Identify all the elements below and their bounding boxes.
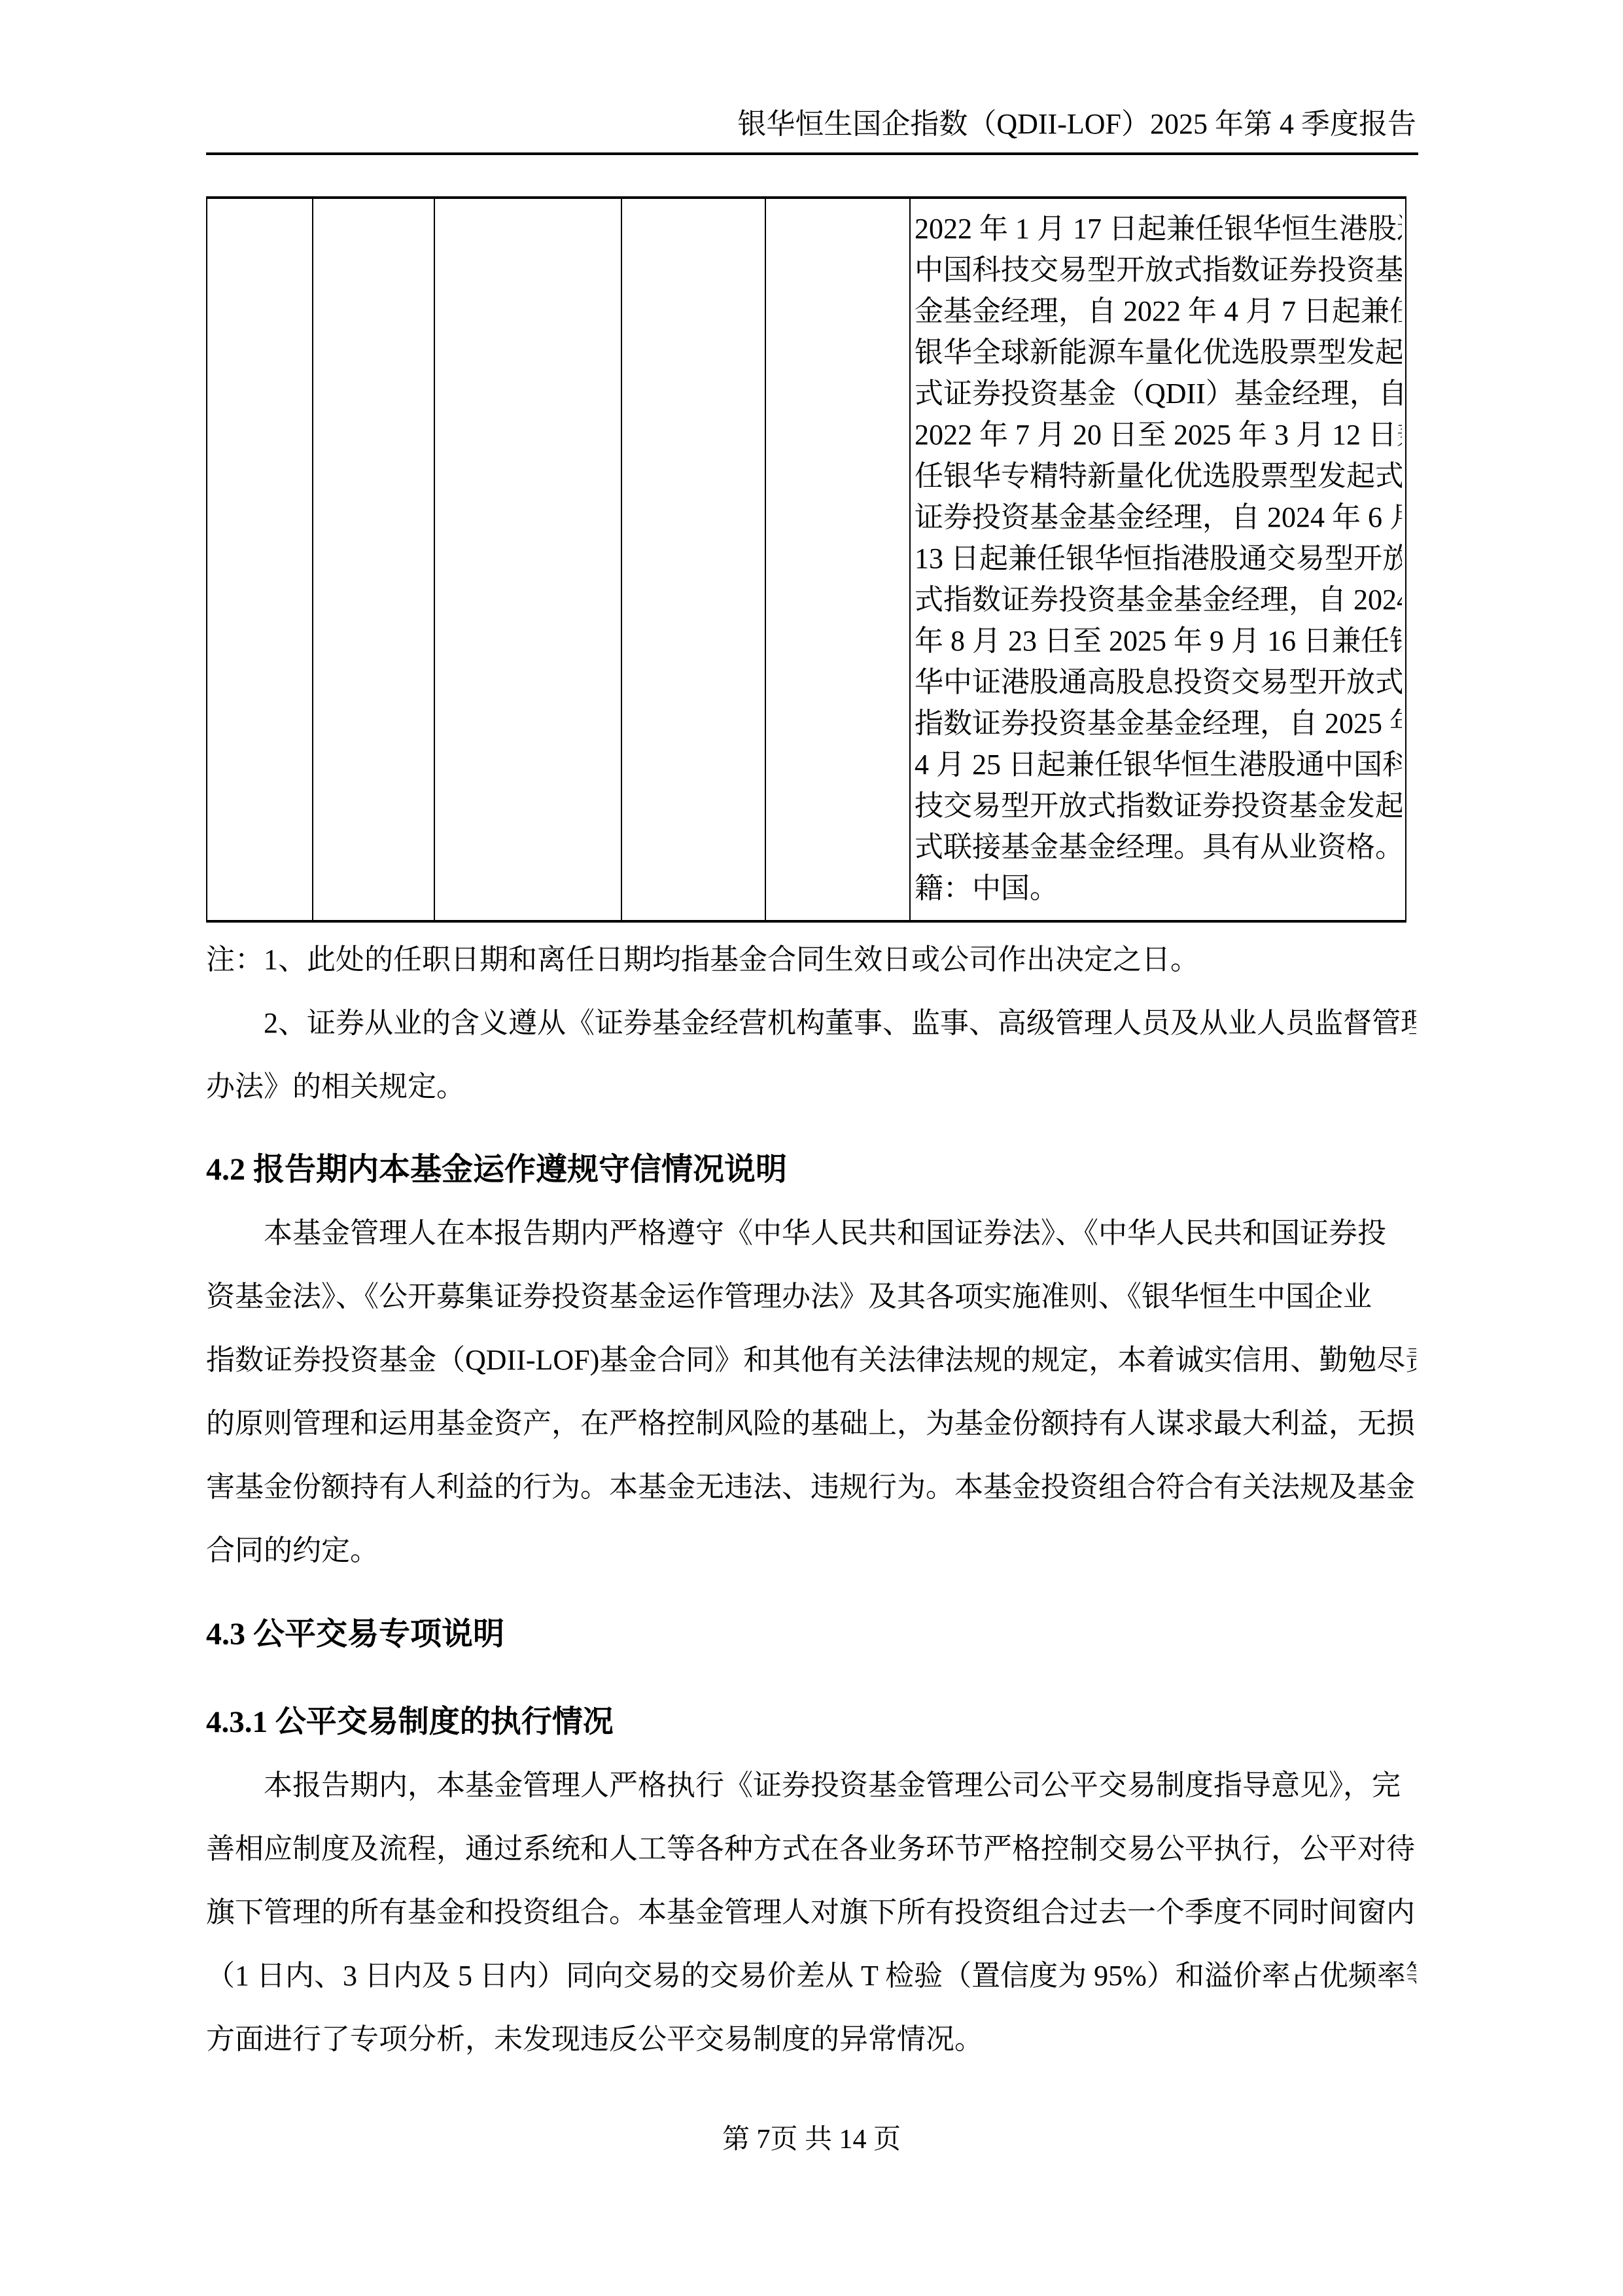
table-cell-empty	[766, 199, 911, 920]
paragraph-4-3-1: 本报告期内，本基金管理人严格执行《证券投资基金管理公司公平交易制度指导意见》，完…	[206, 1754, 1416, 2071]
bio-line: 任银华专精特新量化优选股票型发起式	[915, 455, 1402, 497]
bio-line: 中国科技交易型开放式指数证券投资基	[915, 249, 1402, 291]
paragraph-line: 善相应制度及流程，通过系统和人工等各种方式在各业务环节严格控制交易公平执行，公平…	[206, 1817, 1416, 1881]
paragraph-line: 合同的约定。	[206, 1519, 1416, 1582]
bio-line: 式证券投资基金（QDII）基金经理，自	[915, 373, 1402, 414]
bio-line: 籍：中国。	[915, 868, 1402, 909]
bio-line: 13 日起兼任银华恒指港股通交易型开放	[915, 538, 1402, 579]
paragraph-line: 指数证券投资基金（QDII-LOF)基金合同》和其他有关法律法规的规定，本着诚实…	[206, 1328, 1416, 1392]
table-cell-empty	[622, 199, 766, 920]
bio-line: 指数证券投资基金基金经理，自 2025 年	[915, 703, 1402, 744]
note-line: 办法》的相关规定。	[206, 1067, 1416, 1131]
document-page: 银华恒生国企指数（QDII-LOF）2025 年第 4 季度报告 2022 年 …	[0, 0, 1623, 2296]
bio-line: 年 8 月 23 日至 2025 年 9 月 16 日兼任银	[915, 620, 1402, 662]
paragraph-line: 资基金法》、《公开募集证券投资基金运作管理办法》及其各项实施准则、《银华恒生中国…	[206, 1265, 1416, 1328]
bio-line: 4 月 25 日起兼任银华恒生港股通中国科	[915, 744, 1402, 785]
bio-line: 2022 年 7 月 20 日至 2025 年 3 月 12 日兼	[915, 414, 1402, 455]
bio-line: 2022 年 1 月 17 日起兼任银华恒生港股通	[915, 208, 1402, 249]
bio-line: 技交易型开放式指数证券投资基金发起	[915, 785, 1402, 826]
bio-line: 银华全球新能源车量化优选股票型发起	[915, 332, 1402, 373]
paragraph-line: 方面进行了专项分析，未发现违反公平交易制度的异常情况。	[206, 2007, 1416, 2071]
paragraph-line: 害基金份额持有人利益的行为。本基金无违法、违规行为。本基金投资组合符合有关法规及…	[206, 1455, 1416, 1519]
bio-line: 华中证港股通高股息投资交易型开放式	[915, 662, 1402, 703]
paragraph-line: （1 日内、3 日内及 5 日内）同向交易的交易价差从 T 检验（置信度为 95…	[206, 1944, 1416, 2007]
table-cell-empty	[313, 199, 435, 920]
manager-table: 2022 年 1 月 17 日起兼任银华恒生港股通中国科技交易型开放式指数证券投…	[206, 196, 1406, 923]
table-note-1: 注：1、此处的任职日期和离任日期均指基金合同生效日或公司作出决定之日。	[206, 940, 1416, 980]
section-heading-4-3-1: 4.3.1 公平交易制度的执行情况	[206, 1703, 614, 1742]
note-line: 2、证券从业的含义遵从《证券基金经营机构董事、监事、高级管理人员及从业人员监督管…	[206, 1004, 1416, 1067]
paragraph-line: 旗下管理的所有基金和投资组合。本基金管理人对旗下所有投资组合过去一个季度不同时间…	[206, 1881, 1416, 1944]
table-note-2: 2、证券从业的含义遵从《证券基金经营机构董事、监事、高级管理人员及从业人员监督管…	[206, 1004, 1416, 1131]
table-cell-empty	[207, 199, 313, 920]
section-heading-4-3: 4.3 公平交易专项说明	[206, 1615, 504, 1654]
header-rule	[206, 152, 1418, 155]
paragraph-line: 本报告期内，本基金管理人严格执行《证券投资基金管理公司公平交易制度指导意见》，完	[206, 1754, 1416, 1817]
bio-line: 金基金经理，自 2022 年 4 月 7 日起兼任	[915, 291, 1402, 332]
paragraph-4-2: 本基金管理人在本报告期内严格遵守《中华人民共和国证券法》、《中华人民共和国证券投…	[206, 1201, 1416, 1582]
paragraph-line: 本基金管理人在本报告期内严格遵守《中华人民共和国证券法》、《中华人民共和国证券投	[206, 1201, 1416, 1265]
bio-line: 式指数证券投资基金基金经理，自 2024	[915, 579, 1402, 620]
page-footer: 第 7页 共 14 页	[0, 2120, 1623, 2159]
bio-line: 式联接基金基金经理。具有从业资格。国	[915, 826, 1402, 868]
bio-line: 证券投资基金基金经理，自 2024 年 6 月	[915, 497, 1402, 538]
section-heading-4-2: 4.2 报告期内本基金运作遵规守信情况说明	[206, 1150, 787, 1190]
page-header-title: 银华恒生国企指数（QDII-LOF）2025 年第 4 季度报告	[737, 105, 1416, 144]
manager-bio-cell: 2022 年 1 月 17 日起兼任银华恒生港股通中国科技交易型开放式指数证券投…	[911, 199, 1405, 920]
table-cell-empty	[435, 199, 622, 920]
paragraph-line: 的原则管理和运用基金资产，在严格控制风险的基础上，为基金份额持有人谋求最大利益，…	[206, 1392, 1416, 1455]
